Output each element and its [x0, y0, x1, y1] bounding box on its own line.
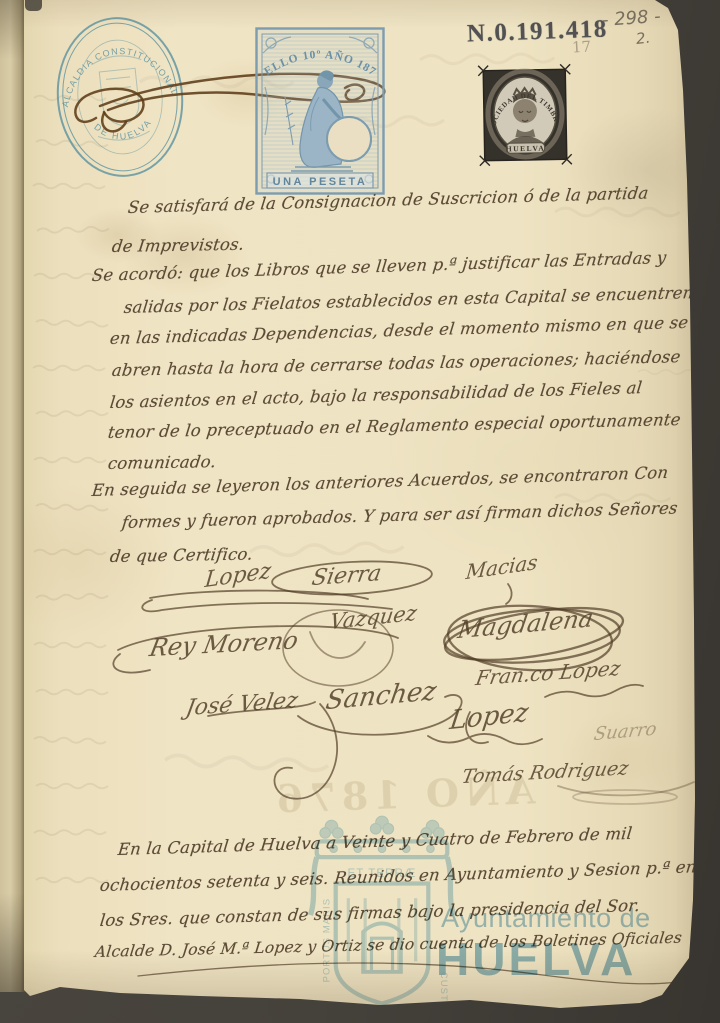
page-vignette [0, 0, 720, 1023]
manuscript-page: AÑO 1876 ALCALDIA CONSTITUCIONAL DE HUEL… [0, 0, 720, 1023]
binding-shadow [0, 0, 26, 992]
top-binding-notch [25, 0, 42, 11]
scanned-document: AÑO 1876 ALCALDIA CONSTITUCIONAL DE HUEL… [0, 0, 720, 1023]
